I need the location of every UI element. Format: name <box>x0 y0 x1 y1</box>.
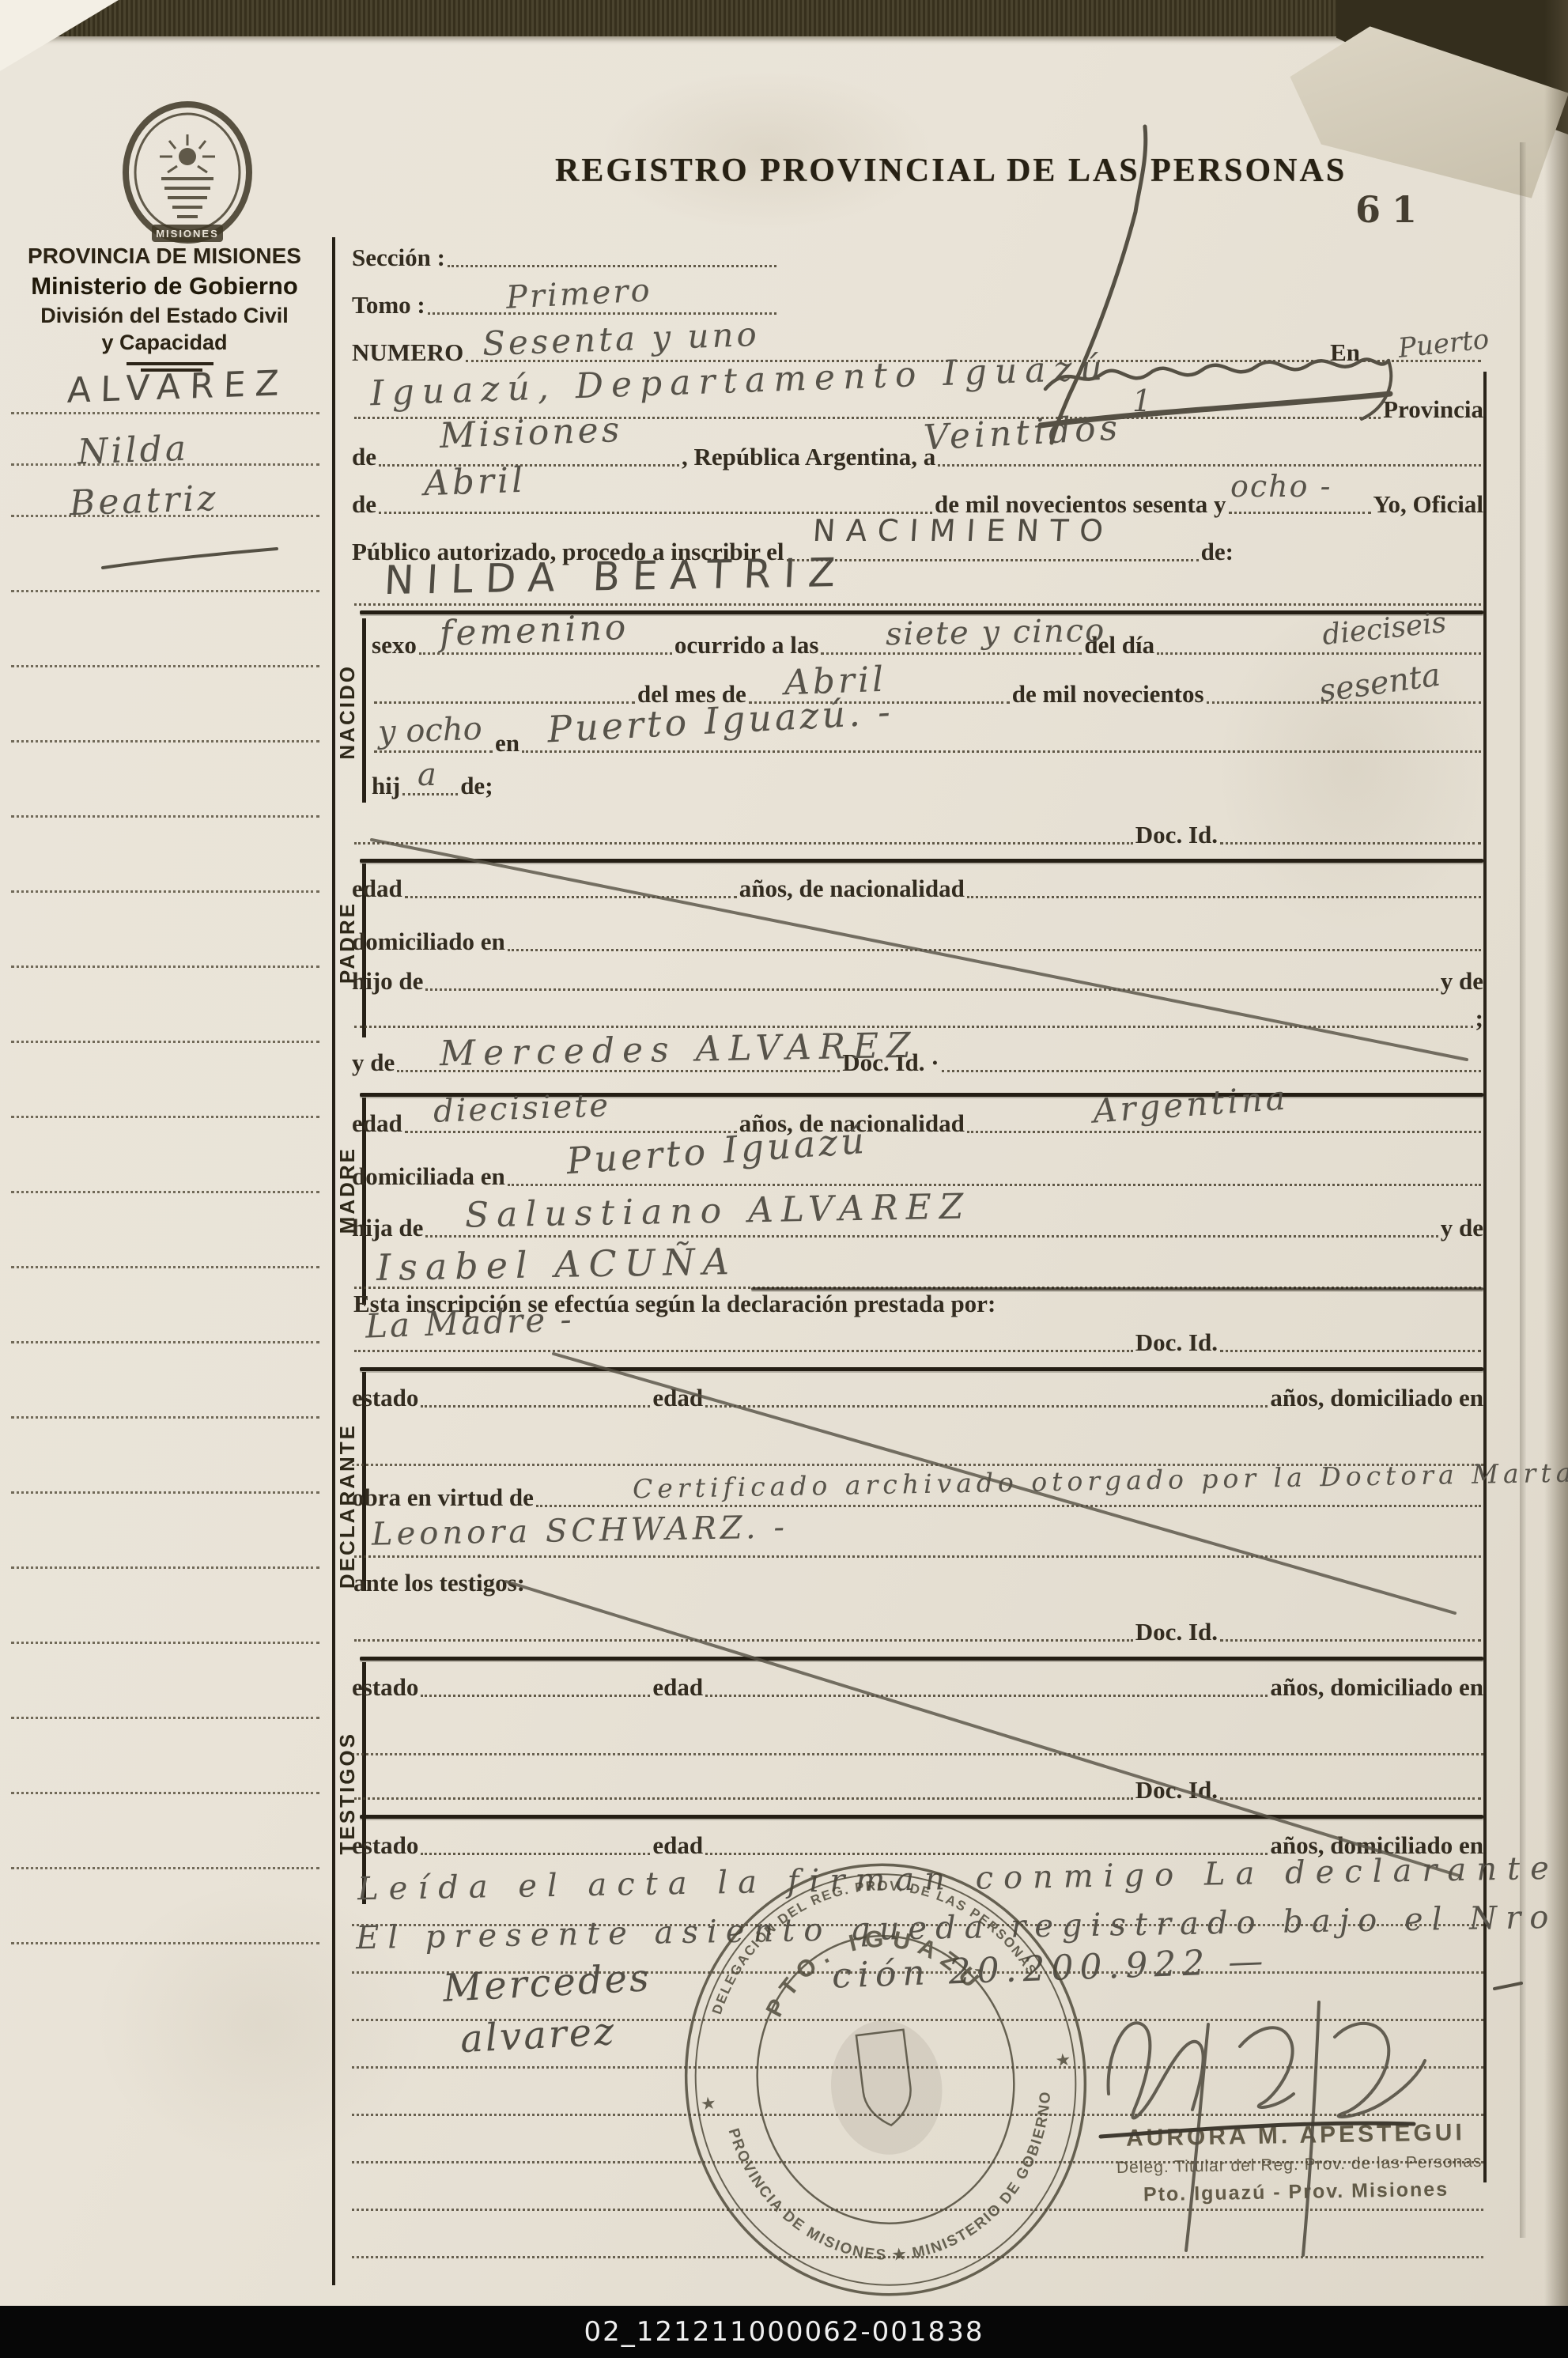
dotted-leader <box>425 988 1438 991</box>
edge-pen-dash <box>1494 1983 1521 1989</box>
testigo2-estado-label: estado <box>352 1832 418 1861</box>
oficial-lugar-stamp: Pto. Iguazú - Prov. Misiones <box>1143 2179 1449 2207</box>
dotted-leader <box>821 652 1082 655</box>
dotted-leader <box>705 1404 1268 1408</box>
heavy-rule <box>360 1815 1483 1819</box>
oval-registry-stamp: DELEGACIÓN DEL REG. PROV. DE LAS PERSONA… <box>646 1826 1126 2333</box>
lugar-nacimiento-row: en <box>372 723 1483 759</box>
dotted-leader <box>536 1504 1481 1507</box>
margin-dotted-line <box>11 463 319 466</box>
margin-dotted-line <box>11 1340 319 1343</box>
testigo1-estado-label: estado <box>352 1674 418 1703</box>
misiones-provincial-seal: MISIONES <box>120 100 255 250</box>
dotted-leader <box>428 312 776 315</box>
provincia-label: Provincia <box>1383 396 1483 425</box>
dotted-leader <box>354 1555 1481 1558</box>
anio-value-handwritten: ocho - <box>1230 471 1332 501</box>
margin-dotted-line <box>11 664 319 667</box>
dotted-leader <box>522 750 1481 753</box>
dotted-leader <box>425 1234 1438 1238</box>
margin-dotted-line <box>11 1040 319 1043</box>
de-colon-label: de: <box>1201 538 1234 568</box>
padre-docid-label: Doc. Id. <box>1135 822 1218 851</box>
abuela-materna-handwritten: Isabel ACUÑA <box>376 1243 738 1286</box>
margin-dotted-line <box>11 739 319 743</box>
letterhead-divider <box>127 362 213 365</box>
madre-y-de-label: y de <box>352 1049 395 1079</box>
sidebar-divider-line <box>332 237 335 2285</box>
margin-dotted-line <box>11 1190 319 1193</box>
dotted-leader <box>421 1694 650 1697</box>
dotted-leader <box>354 1797 1133 1800</box>
dotted-leader <box>374 701 635 704</box>
sexo-value-handwritten: femenino <box>439 610 629 652</box>
margin-dotted-line <box>11 1265 319 1268</box>
declarante-edad-label: edad <box>652 1385 703 1414</box>
republica-label: , República Argentina, a <box>682 444 935 473</box>
margin-dotted-line <box>11 1941 319 1944</box>
page-number-stamp: 61 <box>1355 188 1428 231</box>
de-label: de <box>352 444 376 473</box>
dotted-leader <box>1220 1797 1481 1800</box>
declarante-estado-row: estado edad años, domiciliado en <box>352 1377 1483 1414</box>
testigo2-edad-label: edad <box>652 1832 703 1861</box>
letterhead-province: PROVINCIA DE MISIONES <box>14 244 315 269</box>
oficial-signature-stroke <box>1109 2023 1203 2118</box>
margin-dotted-line <box>11 890 319 893</box>
provincia-value-handwritten: Misiones <box>439 413 623 454</box>
margin-dotted-line <box>11 814 319 818</box>
en-label: En <box>1330 339 1360 368</box>
abuelo-materno-handwritten: Salustiano ALVAREZ <box>465 1189 972 1233</box>
stamp-star-right: ★ <box>1054 2049 1072 2070</box>
testigo1-estado-row: estado edad años, domiciliado en <box>352 1667 1483 1703</box>
padre-y-de-label: y de <box>1441 968 1483 997</box>
dotted-leader <box>1220 841 1481 845</box>
margin-dotted-line <box>11 1716 319 1719</box>
heavy-rule <box>360 1367 1483 1371</box>
letterhead-division: División del Estado Civil <box>14 304 315 328</box>
page-edge-shadow <box>1544 0 1568 2306</box>
letterhead-ministry: Ministerio de Gobierno <box>14 272 315 300</box>
dotted-leader <box>354 841 1133 845</box>
margin-dotted-line <box>11 1415 319 1419</box>
padre-nacionalidad-label: años, de nacionalidad <box>739 875 965 905</box>
scan-id-text: 02_121211000062-001838 <box>584 2316 984 2348</box>
scan-footer-bar: 02_121211000062-001838 <box>0 2306 1568 2358</box>
dotted-leader <box>354 1349 1133 1352</box>
padre-edad-row: edad años, de nacionalidad <box>352 868 1483 905</box>
tomo-value-handwritten: Primero <box>505 274 652 314</box>
madre-hija-label: hija de <box>352 1215 423 1244</box>
letterhead-division2: y Capacidad <box>14 331 315 355</box>
margin-dotted-line <box>11 1115 319 1118</box>
dotted-leader <box>405 895 737 898</box>
sexo-label: sexo <box>372 632 417 661</box>
ante-testigos-label: ante los testigos: <box>353 1570 525 1599</box>
margin-dotted-line <box>11 1566 319 1569</box>
madre-y-de-label-2: y de <box>1441 1215 1483 1244</box>
stray-pen-mark: 1 <box>1132 386 1151 416</box>
margin-dotted-line <box>11 589 319 592</box>
madre-edad-handwritten: diecisiete <box>433 1090 610 1128</box>
madre-edad-label: edad <box>352 1110 402 1139</box>
y-ocho-handwritten: y ocho <box>377 713 482 749</box>
margin-dotted-line <box>11 411 319 414</box>
dotted-leader <box>1220 1349 1481 1352</box>
heavy-rule <box>360 859 1483 863</box>
seal-banner-text: MISIONES <box>156 228 219 240</box>
de-label-2: de <box>352 491 376 520</box>
dotted-leader <box>354 603 1481 606</box>
heavy-rule <box>360 1657 1483 1661</box>
testigo1-docid-row: Doc. Id. <box>352 1612 1483 1648</box>
section-bar-nacido <box>362 618 366 803</box>
mes-value-handwritten: Abril <box>423 463 527 501</box>
declarante-domicilio-label: años, domiciliado en <box>1270 1385 1483 1414</box>
dotted-leader <box>942 1069 1481 1072</box>
scanned-birth-certificate-page: MISIONES PROVINCIA DE MISIONES Ministeri… <box>0 0 1568 2358</box>
oficial-label: Yo, Oficial <box>1373 491 1484 520</box>
obra-value2-handwritten: Leonora SCHWARZ. - <box>372 1511 789 1550</box>
firma-declarante-apellido: alvarez <box>459 2012 618 2058</box>
obra-label: obra en virtud de <box>352 1484 534 1513</box>
declarante-docid-label: Doc. Id. <box>1135 1329 1218 1358</box>
section-label-nacido: NACIDO <box>335 664 360 760</box>
testigo1-domicilio-label: años, domiciliado en <box>1270 1674 1483 1703</box>
testigo2-docid-label: Doc. Id. <box>1135 1777 1218 1806</box>
declarante-estado-label: estado <box>352 1385 418 1414</box>
margin-pen-stroke <box>103 549 277 568</box>
padre-fin-label: ; <box>1475 1005 1483 1034</box>
margin-dotted-line <box>11 1866 319 1869</box>
svg-text:PTO. IGUAZÚ: PTO. IGUAZÚ <box>753 1913 992 2024</box>
margin-dotted-line <box>11 1791 319 1794</box>
margin-dotted-line <box>11 514 319 517</box>
margin-dotted-line <box>11 1641 319 1644</box>
dotted-leader <box>967 1130 1481 1133</box>
acto-value-handwritten: NACIMIENTO <box>812 516 1116 546</box>
dotted-leader <box>1157 652 1481 655</box>
hij-label: hij <box>372 773 400 802</box>
padre-domicilio-label: domiciliado en <box>352 928 505 958</box>
book-binding-fabric <box>0 0 1360 36</box>
mes-nacimiento-row: del mes de de mil novecientos <box>372 674 1483 710</box>
stamp-star-left: ★ <box>700 2092 718 2114</box>
padre-hijo-label: hijo de <box>352 968 423 997</box>
dotted-leader <box>421 1852 650 1855</box>
oficial-signature-stroke <box>1335 2024 1425 2117</box>
margin-surname-handwritten: ALVAREZ <box>66 366 289 409</box>
novecientos-label: de mil novecientos <box>1012 681 1204 710</box>
de-label-nacido: de; <box>460 773 493 802</box>
madre-domicilio-label: domiciliada en <box>352 1163 505 1192</box>
dotted-leader <box>508 1183 1481 1186</box>
ocurrido-label: ocurrido a las <box>674 632 819 661</box>
dotted-line <box>352 1752 1483 1755</box>
numero-value-handwritten: Sesenta y uno <box>482 318 760 361</box>
dotted-leader <box>1220 1638 1481 1642</box>
oficial-nombre-stamp: AURORA M. APESTEGUI <box>1126 2119 1465 2152</box>
dotted-leader <box>1229 511 1371 514</box>
firma-declarante-nombre: Mercedes <box>442 1959 652 2008</box>
madre-nombre-handwritten: Mercedes ALVAREZ <box>440 1029 919 1072</box>
declarante-value-handwritten: La Madre - <box>365 1302 574 1343</box>
dotted-leader <box>967 895 1481 898</box>
margin-dotted-line <box>11 965 319 968</box>
tomo-label: Tomo : <box>352 292 425 321</box>
testigo1-edad-label: edad <box>652 1674 703 1703</box>
en-label-nacido: en <box>495 730 520 759</box>
hija-letra-handwritten: a <box>418 759 436 791</box>
oficial-cargo-stamp: Deleg. Titular del Reg. Prov. de las Per… <box>1116 2152 1483 2178</box>
stamp-inner-top-text: PTO. IGUAZÚ <box>753 1913 992 2024</box>
paper-stain <box>601 71 933 229</box>
dotted-leader <box>354 1638 1133 1642</box>
testigo2-docid-row: Doc. Id. <box>352 1770 1483 1806</box>
dotted-leader <box>448 264 776 267</box>
padre-docid-row: Doc. Id. <box>352 814 1483 851</box>
form-title: REGISTRO PROVINCIAL DE LAS PERSONAS <box>555 152 1347 190</box>
dotted-leader <box>508 948 1481 951</box>
hora-value-handwritten: siete y cinco <box>886 615 1106 651</box>
dia-value-handwritten: Veintidos <box>923 410 1122 455</box>
testigo1-docid-label: Doc. Id. <box>1135 1619 1218 1648</box>
numero-label: NUMERO <box>352 339 463 368</box>
padre-edad-label: edad <box>352 875 402 905</box>
inscripto-value-handwritten: NILDA BEATRIZ <box>383 553 849 600</box>
dotted-leader <box>938 463 1481 467</box>
padre-hijo-row: hijo de y de <box>352 961 1483 997</box>
seccion-row: Sección : <box>352 237 779 274</box>
margin-dotted-line <box>11 1491 319 1494</box>
seccion-label: Sección : <box>352 244 445 274</box>
dotted-leader <box>705 1694 1268 1697</box>
dotted-leader <box>421 1404 650 1408</box>
padre-domicilio-row: domiciliado en <box>352 921 1483 958</box>
